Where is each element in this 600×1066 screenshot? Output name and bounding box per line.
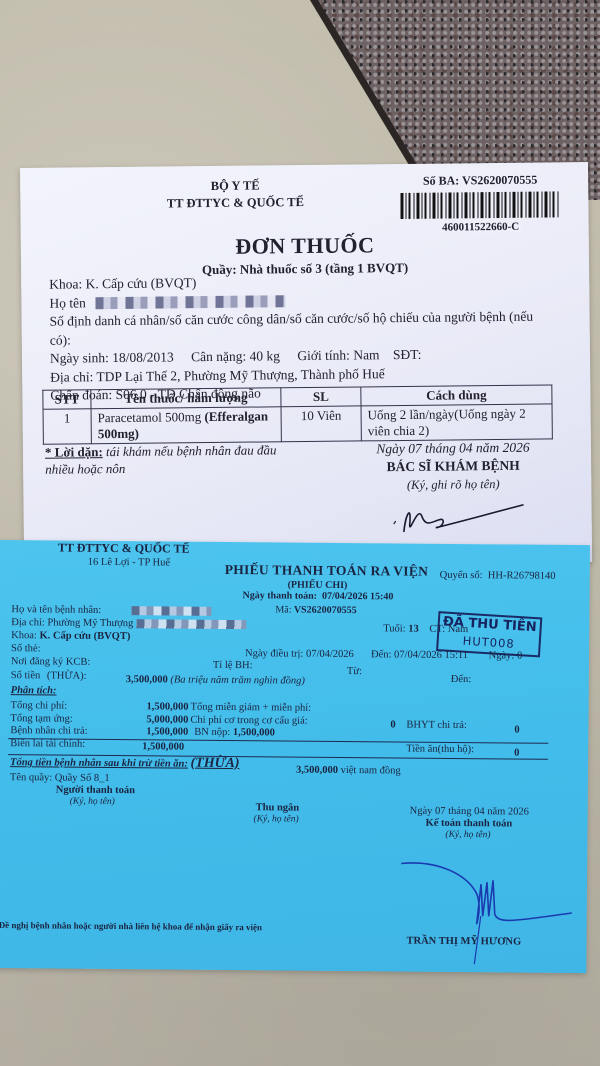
- redacted-address: [136, 619, 246, 629]
- meal-value: 0: [514, 747, 519, 758]
- invoice-label: Biên lai tài chính:: [10, 738, 85, 750]
- payer-note: (Ký, họ tên): [70, 797, 115, 807]
- structure-cost-label: Chi phí cơ trong cơ cấu giá:: [190, 715, 307, 727]
- col-stt: STT: [43, 390, 91, 410]
- payer-role: Người thanh toán: [56, 784, 135, 796]
- doctor-advice: * Lời dặn: tái khám nếu bệnh nhân đau đầ…: [45, 441, 295, 478]
- divider: [8, 738, 548, 744]
- document-title: ĐƠN THUỐC: [21, 230, 589, 262]
- doctor-signature-icon: [383, 493, 534, 545]
- receipt-address: 16 Lê Lợi - TP Huế: [88, 557, 170, 569]
- prescription-date: Ngày 07 tháng 04 năm 2026: [353, 438, 553, 458]
- cell-qty: 10 Viên: [281, 406, 361, 442]
- amount-row: Số tiền (THỪA):: [11, 670, 87, 682]
- to-date-row: Đến: 07/04/2026 15:11 Ngày: 0: [371, 649, 522, 661]
- bhyt-label: BHYT chi trả:: [406, 720, 467, 732]
- accountant-note: (Ký, họ tên): [445, 830, 490, 840]
- book-number: Quyển số: HH-R26798140: [440, 570, 556, 582]
- cashier-note: (Ký, họ tên): [254, 814, 299, 824]
- cell-stt: 1: [43, 409, 91, 445]
- ins-rate-row: Tỉ lệ BH:: [213, 660, 253, 671]
- discount-value: 0: [390, 719, 395, 730]
- accountant-role: Kế toán thanh toán: [425, 818, 512, 830]
- dept-row: Khoa: K. Cấp cứu (BVQT): [11, 630, 130, 642]
- accountant-signature-icon: [396, 853, 577, 965]
- receipt-code: Mã: VS2620070555: [275, 604, 356, 616]
- receipt-subtitle: (PHIẾU CHI): [288, 580, 348, 592]
- cashier-role: Thu ngân: [256, 802, 300, 813]
- medication-table: STT Tên thuốc/ hàm lượng SL Cách dùng 1 …: [42, 384, 553, 444]
- footer-note: Đề nghị bệnh nhân hoặc người nhà liên hệ…: [0, 920, 262, 932]
- id-row: Số định danh cá nhân/số căn cước công dâ…: [50, 307, 555, 349]
- amount-value: 3,500,000 (Ba triệu năm trăm nghìn đồng): [126, 674, 305, 687]
- table-row: 1 Paracetamol 500mg (Efferalgan 500mg) 1…: [43, 404, 552, 444]
- bhyt-value: 0: [514, 724, 519, 735]
- patient-address-row: Địa chỉ: Phường Mỹ Thượng: [11, 617, 246, 630]
- prescription-sheet: BỘ Y TẾ TT ĐTTYC & QUỐC TẾ Số BA: VS2620…: [20, 162, 592, 568]
- accountant-name: TRẦN THỊ MỸ HƯƠNG: [406, 936, 521, 948]
- receipt-title: PHIẾU THANH TOÁN RA VIỆN: [225, 562, 429, 580]
- discount-label: Tổng miễn giảm + miễn phí:: [191, 702, 312, 714]
- col-drug: Tên thuốc/ hàm lượng: [91, 388, 281, 409]
- discharge-payment-receipt: TT ĐTTYC & QUỐC TẾ 16 Lê Lợi - TP Huế PH…: [0, 540, 590, 973]
- cell-usage: Uống 2 lần/ngày(Uống ngày 2 viên chia 2): [361, 404, 552, 441]
- center-name: TT ĐTTYC & QUỐC TẾ: [120, 194, 350, 213]
- kcb-row: Nơi đăng ký KCB:: [11, 656, 90, 668]
- prescription-header: BỘ Y TẾ TT ĐTTYC & QUỐC TẾ: [120, 177, 350, 213]
- doctor-role: BÁC SĨ KHÁM BỆNH: [353, 456, 553, 476]
- from-row: Từ:: [347, 666, 362, 677]
- net-total-row: Tổng tiền bệnh nhân sau khi trừ tiền ăn:…: [10, 754, 240, 772]
- barcode-icon: [400, 191, 560, 219]
- doctor-sign-block: Ngày 07 tháng 04 năm 2026 BÁC SĨ KHÁM BỆ…: [353, 438, 554, 494]
- to2-row: Đến:: [451, 674, 472, 685]
- bn-paid-row: BN nộp: 1,500,000: [194, 727, 275, 739]
- receipt-date: Ngày 07 tháng 04 năm 2026: [410, 806, 529, 818]
- col-usage: Cách dùng: [361, 385, 552, 406]
- total-advance-label: Tổng tạm ứng:: [10, 713, 72, 725]
- counter-row: Tên quầy: Quầy Số 8_1: [10, 772, 110, 784]
- card-row: Số thẻ:: [11, 643, 41, 654]
- payment-date: Ngày thanh toán: 07/04/2026 15:40: [242, 590, 393, 602]
- redacted-name: [95, 296, 285, 310]
- total-cost-value: 1,500,000: [147, 701, 189, 712]
- record-number: Số BA: VS2620070555: [400, 172, 560, 189]
- redacted-name: [132, 606, 212, 616]
- col-qty: SL: [281, 387, 361, 407]
- analysis-label: Phân tích:: [11, 685, 57, 696]
- receipt-org: TT ĐTTYC & QUỐC TẾ: [58, 541, 190, 557]
- sign-note: (Ký, ghi rõ họ tên): [353, 474, 553, 494]
- net-amount: 3,500,000 việt nam đồng: [296, 765, 401, 777]
- total-cost-label: Tổng chi phí:: [11, 700, 68, 711]
- patient-pays-label: Bệnh nhân chi trả:: [10, 725, 87, 737]
- meal-label: Tiền ăn(thu hộ):: [406, 744, 474, 756]
- cell-drug: Paracetamol 500mg (Efferalgan 500mg): [91, 407, 281, 444]
- patient-name-row: Họ và tên bệnh nhân:: [11, 604, 212, 617]
- invoice-value: 1,500,000: [142, 741, 184, 752]
- record-block: Số BA: VS2620070555 460011522660-C: [400, 172, 561, 235]
- total-advance-value: 5,000,000: [146, 714, 188, 725]
- treat-date-row: Ngày điều trị: 07/04/2026: [245, 648, 354, 660]
- patient-pays-value: 1,500,000: [146, 726, 188, 737]
